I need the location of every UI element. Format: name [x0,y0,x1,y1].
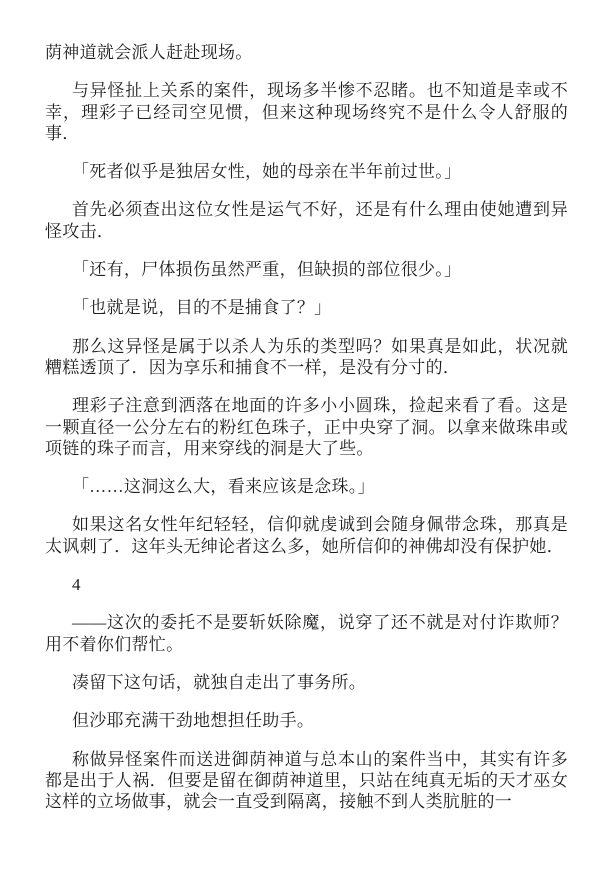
paragraph-dialogue: 「也就是说，目的不是捕食了？」 [45,297,568,318]
paragraph: 如果这名女性年纪轻轻，信仰就虔诚到会随身佩带念珠，那真是太讽刺了．这年头无绅论者… [45,514,568,557]
paragraph: 首先必须查出这位女性是运气不好，还是有什么理由使她遭到异怪攻击． [45,199,568,242]
paragraph: 理彩子注意到洒落在地面的许多小小圆珠，捡起来看了看。这是一颗直径一公分左右的粉红… [45,395,568,459]
paragraph-dialogue: 「……这洞这么大，看来应该是念珠。」 [45,476,568,497]
paragraph: 那么这异怪是属于以杀人为乐的类型吗？如果真是如此，状况就糟糕透顶了．因为享乐和捕… [45,336,568,379]
paragraph: 与异怪扯上关系的案件，现场多半惨不忍睹。也不知道是幸或不幸，理彩子已经司空见惯，… [45,80,568,144]
paragraph: 荫神道就会派人赶赴现场。 [45,42,568,63]
book-page: 荫神道就会派人赶赴现场。 与异怪扯上关系的案件，现场多半惨不忍睹。也不知道是幸或… [0,0,613,869]
paragraph-dialogue: 「死者似乎是独居女性，她的母亲在半年前过世。」 [45,161,568,182]
paragraph-dialogue: 「还有，尸体损伤虽然严重，但缺损的部位很少。」 [45,259,568,280]
paragraph: 称做异怪案件而送进御荫神道与总本山的案件当中，其实有许多都是出于人祸．但要是留在… [45,749,568,813]
paragraph: 但沙耶充满干劲地想担任助手。 [45,710,568,731]
section-number: 4 [45,574,568,595]
paragraph: ——这次的委托不是要斩妖除魔，说穿了还不就是对付诈欺师？用不着你们帮忙。 [45,612,568,655]
paragraph: 凑留下这句话，就独自走出了事务所。 [45,672,568,693]
